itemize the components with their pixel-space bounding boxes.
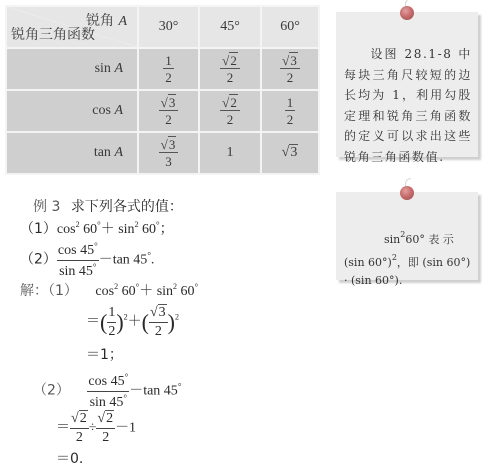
angle-header-var: A: [118, 14, 127, 29]
denominator: 2: [227, 69, 234, 84]
sidenote-text: 设图 28.1-8 中每块三角尺较短的边长均为 1，利用勾股定理和锐角三角函数的…: [344, 44, 472, 167]
denominator: 2: [155, 323, 162, 339]
solution-part2-line2: ＝√22÷√22－1: [56, 412, 136, 445]
table-header-row: 锐角 A 锐角三角函数 30° 45° 60°: [6, 6, 319, 48]
denominator: 2: [76, 429, 83, 445]
cell-sin-45: √22: [199, 48, 261, 90]
numerator: 1: [285, 96, 296, 111]
fn-name: cos: [92, 103, 111, 118]
superscript: 2: [76, 220, 80, 229]
denominator: 2: [102, 429, 109, 445]
fraction: √22: [96, 412, 115, 445]
pushpin-icon: [400, 186, 414, 200]
sqrt-icon: √: [97, 411, 105, 426]
sqrt-icon: √: [222, 95, 229, 110]
fn-var: A: [114, 103, 123, 118]
numerator: 1: [163, 54, 174, 69]
cell-cos-60: 12: [261, 90, 319, 132]
superscript: 2: [114, 282, 118, 291]
numerator: cos 45°: [57, 242, 99, 261]
sidenote-text: sin260° 表 示 (sin 60°)2，即 (sin 60°) · (si…: [344, 226, 474, 290]
angle: 60: [122, 284, 136, 299]
column-header-30: 30°: [138, 6, 199, 48]
fraction: √32: [149, 306, 168, 339]
row-label-cos: cos A: [6, 90, 138, 132]
solution-part2-line1: （2） cos 45°sin 45°－tan 45°: [33, 373, 181, 410]
solution-part1-line1: 解：（1） cos2 60°＋ sin2 60°: [20, 280, 198, 300]
fn-sin: sin: [157, 284, 173, 299]
column-header-45: 45°: [199, 6, 261, 48]
numerator: cos 45°: [87, 373, 129, 392]
fn-name: tan: [94, 145, 111, 160]
result-1: ＝1；: [86, 347, 123, 363]
example-prompt: 求下列各式的值：: [71, 199, 183, 215]
sqrt-icon: √: [282, 53, 289, 68]
semicolon: ；: [160, 221, 174, 237]
table-corner-cell: 锐角 A 锐角三角函数: [6, 6, 138, 48]
fn-var: A: [114, 145, 123, 160]
numerator-text: cos 45: [58, 243, 94, 258]
table-row-sin: sin A 12 √22 √32: [6, 48, 319, 90]
angle: 60: [181, 284, 195, 299]
fn-cos: cos: [57, 222, 76, 237]
text-sin: sin: [384, 233, 400, 246]
function-header-label: 锐角三角函数: [11, 24, 95, 44]
example-item-2: （2）cos 45°sin 45°－tan 45°.: [20, 242, 154, 279]
sidenote-square-notation: sin260° 表 示 (sin 60°)2，即 (sin 60°) · (si…: [336, 192, 478, 280]
superscript: 2: [175, 313, 179, 322]
minus-one: －1: [115, 421, 136, 436]
numerator: √2: [70, 412, 89, 429]
radicand: 3: [168, 94, 177, 110]
period: .: [151, 253, 155, 268]
column-header-60: 60°: [261, 6, 319, 48]
example-title: 例 3 求下列各式的值：: [33, 196, 183, 216]
fraction: cos 45°sin 45°: [57, 242, 99, 279]
plus-sign: ＋: [139, 283, 153, 299]
denominator-text: sin 45: [59, 264, 93, 279]
item-label: （1）: [20, 221, 57, 237]
denominator: 2: [165, 69, 172, 84]
radicand: 2: [79, 410, 88, 426]
fraction: √22: [70, 412, 89, 445]
radicand: 3: [168, 136, 177, 152]
divide-sign: ÷: [89, 421, 97, 436]
angle: 60: [83, 222, 97, 237]
solution-part1-line2: ＝(12)2＋(√32)2: [86, 306, 179, 339]
radicand: 2: [229, 52, 238, 68]
radicand: 2: [105, 410, 114, 426]
table-row-cos: cos A √32 √22 12: [6, 90, 319, 132]
fn-cos: cos: [95, 284, 114, 299]
numerator-text: cos 45: [88, 374, 124, 389]
solution-part2-line3: ＝0.: [56, 448, 83, 468]
cell-sin-60: √32: [261, 48, 319, 90]
cell-tan-60: √3: [261, 132, 319, 174]
radicand: 3: [289, 144, 298, 160]
trig-values-table: 锐角 A 锐角三角函数 30° 45° 60° sin A 12 √22 √32…: [5, 5, 320, 175]
sqrt-icon: √: [282, 145, 290, 160]
denominator: 2: [287, 69, 294, 84]
result-2: ＝0.: [56, 451, 83, 467]
cell-sin-30: 12: [138, 48, 199, 90]
plus-sign: ＋: [128, 314, 142, 330]
sqrt-icon: √: [150, 305, 158, 320]
radicand: 3: [289, 52, 298, 68]
item-label: （2）: [20, 252, 57, 268]
denominator: 2: [165, 111, 172, 126]
solution-part1-line3: ＝1；: [86, 344, 123, 364]
equals-sign: ＝: [56, 420, 70, 436]
fraction: 12: [107, 306, 116, 339]
part-label: （1）: [48, 283, 78, 299]
superscript: 2: [135, 220, 139, 229]
angle: 60: [142, 222, 156, 237]
denominator: sin 45°: [59, 261, 96, 279]
table-row-tan: tan A √33 1 √3: [6, 132, 319, 174]
equals-sign: ＝: [86, 314, 100, 330]
part-label: （2）: [33, 383, 70, 399]
plus-sign: ＋: [101, 221, 115, 237]
text-angle: 60°: [405, 233, 425, 246]
radicand: 2: [229, 94, 238, 110]
row-label-tan: tan A: [6, 132, 138, 174]
sidenote-body: 设图 28.1-8 中每块三角尺较短的边长均为 1，利用勾股定理和锐角三角函数的…: [344, 47, 472, 164]
numerator: √2: [96, 412, 115, 429]
minus-tan: －tan 45: [129, 384, 178, 399]
row-label-sin: sin A: [6, 48, 138, 90]
solution-label: 解：: [20, 283, 48, 299]
fn-var: A: [114, 61, 123, 76]
cell-tan-45: 1: [199, 132, 261, 174]
denominator: 2: [227, 111, 234, 126]
denominator: sin 45°: [90, 392, 127, 410]
fraction: cos 45°sin 45°: [87, 373, 129, 410]
sqrt-icon: √: [71, 411, 79, 426]
superscript: 2: [173, 282, 177, 291]
sqrt-icon: √: [161, 137, 168, 152]
example-item-1: （1）cos2 60°＋ sin2 60°；: [20, 218, 174, 238]
sqrt-icon: √: [222, 53, 229, 68]
denominator: 3: [165, 153, 172, 168]
fn-name: sin: [95, 61, 111, 76]
example-number: 例 3: [33, 199, 60, 215]
denominator: 2: [287, 111, 294, 126]
numerator: 1: [107, 306, 116, 323]
fn-sin: sin: [118, 222, 134, 237]
sqrt-icon: √: [161, 95, 168, 110]
cell-tan-30: √33: [138, 132, 199, 174]
sidenote-triangle-ruler: 设图 28.1-8 中每块三角尺较短的边长均为 1，利用勾股定理和锐角三角函数的…: [336, 12, 478, 157]
cell-cos-45: √22: [199, 90, 261, 132]
radicand: 3: [158, 304, 167, 320]
denominator-text: sin 45: [90, 395, 124, 410]
minus-tan: －tan 45: [99, 253, 148, 268]
numerator: √3: [149, 306, 168, 323]
cell-cos-30: √32: [138, 90, 199, 132]
pushpin-icon: [400, 6, 414, 20]
denominator: 2: [108, 323, 115, 339]
